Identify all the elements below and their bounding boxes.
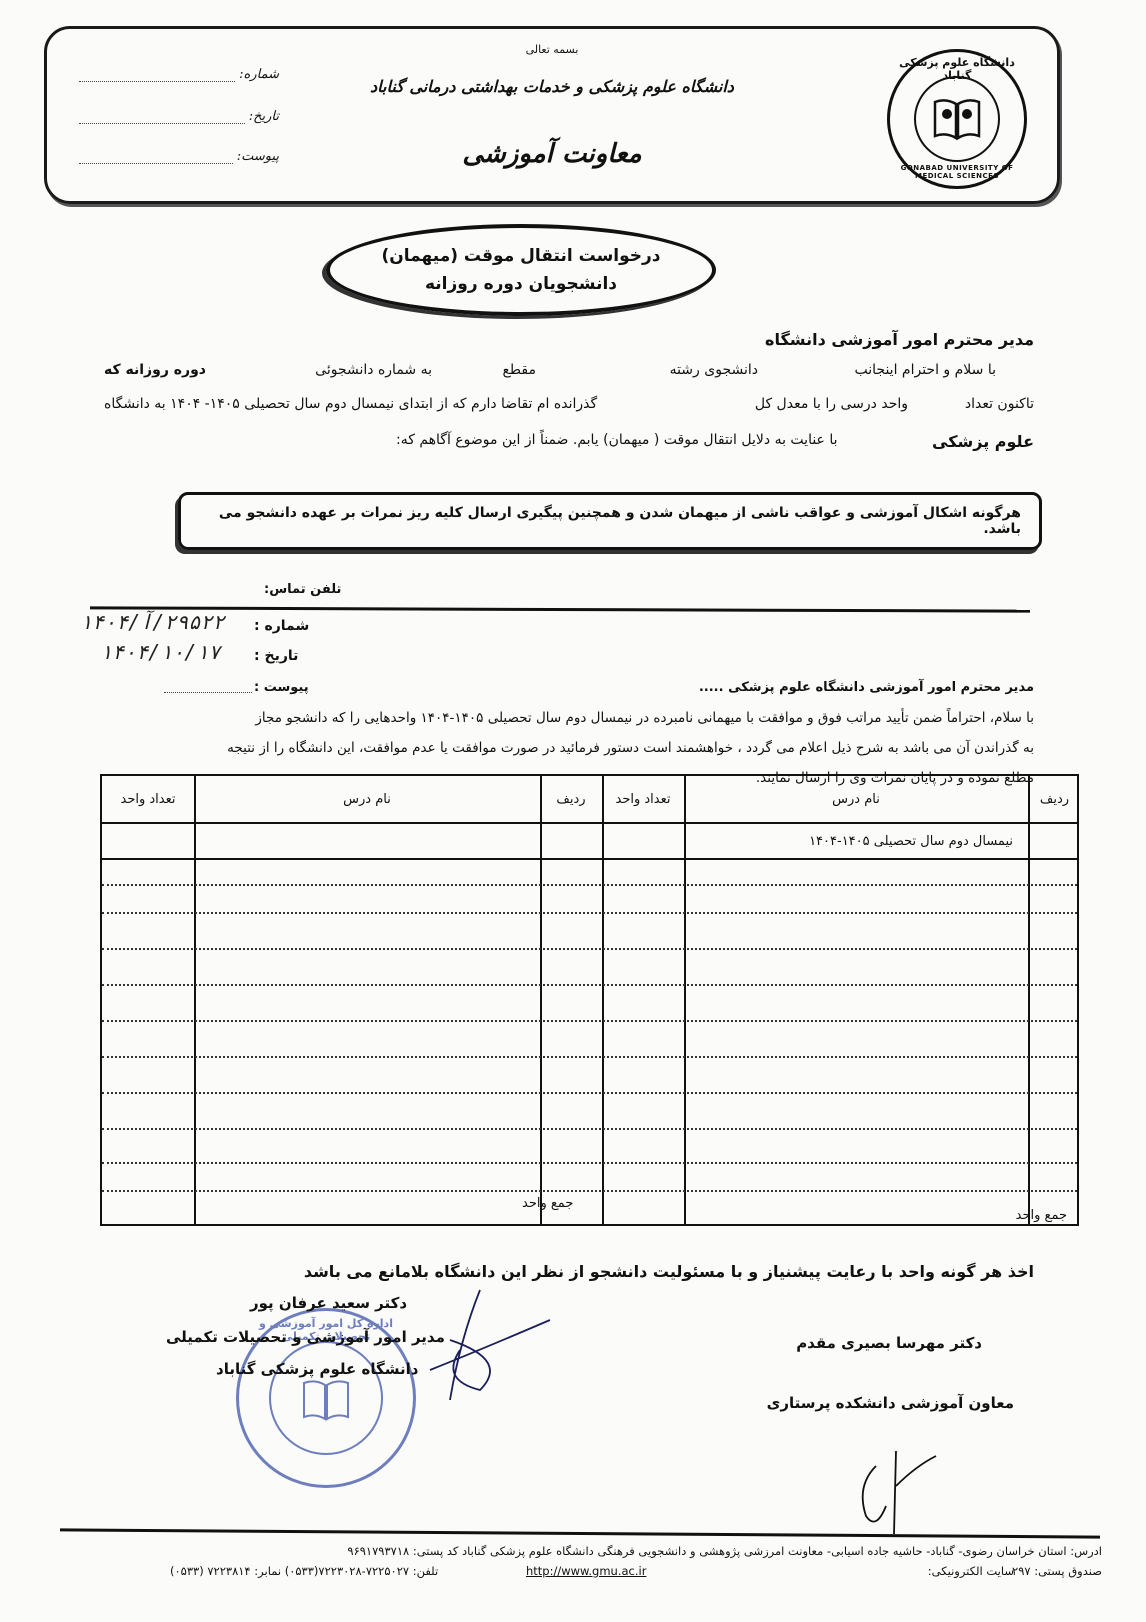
header-attachment-label: پیوست: bbox=[237, 149, 279, 164]
header-number-field: شماره: bbox=[79, 67, 279, 82]
header-date-label: تاریخ: bbox=[249, 109, 279, 124]
th-right-course: نام درس bbox=[684, 776, 1028, 822]
left-signer-name: دکتر سعید عرفان پور bbox=[250, 1294, 407, 1312]
footer-website-link[interactable]: http://www.gmu.ac.ir bbox=[526, 1564, 646, 1578]
notice-text: هرگونه اشکال آموزشی و عواقب ناشی از میهم… bbox=[181, 505, 1021, 537]
bismillah: بسمه تعالی bbox=[47, 43, 1057, 56]
section-divider bbox=[90, 606, 1030, 612]
stamp-book-icon bbox=[301, 1377, 351, 1423]
letter-line2: به گذراندن آن می باشد به شرح ذیل اعلام م… bbox=[227, 740, 1034, 756]
ref-number-label: شماره : bbox=[254, 618, 309, 634]
request-line2-b: واحد درسی را با معدل کل bbox=[755, 396, 908, 412]
request-salutation: مدیر محترم امور آموزشی دانشگاه bbox=[765, 330, 1034, 349]
letter-line1: با سلام، احتراماً ضمن تأیید مراتب فوق و … bbox=[255, 710, 1034, 726]
ref-attachment-label: پیوست : bbox=[254, 680, 309, 695]
right-signer-name: دکتر مهرسا بصیری مقدم bbox=[796, 1334, 982, 1352]
footer-address: ادرس: استان خراسان رضوی- گناباد- حاشیه ج… bbox=[347, 1544, 1102, 1558]
course-table: تعداد واحد نام درس ردیف تعداد واحد نام د… bbox=[100, 774, 1079, 1226]
request-line3-b: با عنایت به دلایل انتقال موقت ( میهمان) … bbox=[396, 432, 838, 448]
request-line2-c: گذرانده ام تقاضا دارم که از ابتدای نیمسا… bbox=[104, 396, 597, 412]
ref-date-label: تاریخ : bbox=[254, 648, 298, 664]
th-left-units: تعداد واحد bbox=[102, 776, 194, 822]
ref-attachment-dots bbox=[164, 692, 252, 693]
letterhead: دانشگاه علوم پزشکی گناباد GONABAD UNIVER… bbox=[44, 26, 1060, 204]
header-attachment-dots bbox=[79, 163, 233, 164]
footer-po-box: صندوق پستی: ۲۹۷ bbox=[1012, 1564, 1102, 1578]
request-line1-d: به شماره دانشجوئی bbox=[315, 362, 432, 378]
header-date-dots bbox=[79, 123, 245, 124]
form-title-line2: دانشجویان دوره روزانه bbox=[425, 274, 617, 294]
responsibility-notice: هرگونه اشکال آموزشی و عواقب ناشی از میهم… bbox=[178, 492, 1042, 550]
contact-phone-label: تلفن تماس: bbox=[264, 582, 341, 597]
form-title: درخواست انتقال موقت (میهمان) دانشجویان د… bbox=[326, 224, 716, 316]
request-line3-a: علوم پزشکی bbox=[932, 432, 1034, 451]
left-signer-title1: مدیر امور آموزشی و تحصیلات تکمیلی bbox=[166, 1328, 445, 1346]
right-signature bbox=[856, 1446, 946, 1536]
letter-salutation: مدیر محترم امور آموزشی دانشگاه علوم پزشک… bbox=[699, 680, 1034, 695]
total-units-right-label: جمع واحد bbox=[1016, 1208, 1067, 1223]
header-number-label: شماره: bbox=[239, 67, 279, 82]
semester-row-label: نیمسال دوم سال تحصیلی ۱۴۰۵-۱۴۰۴ bbox=[809, 834, 1013, 849]
header-attachment-field: پیوست: bbox=[79, 149, 279, 164]
right-signer-title: معاون آموزشی دانشکده پرستاری bbox=[767, 1394, 1014, 1412]
form-title-line1: درخواست انتقال موقت (میهمان) bbox=[381, 246, 660, 266]
total-units-left-label: جمع واحد bbox=[522, 1196, 573, 1211]
request-line1-c: مقطع bbox=[502, 362, 536, 378]
footer-phone: تلفن: ۷۲۲۵۰۲۷-۷۲۲۳۰۲۸(۰۵۳۳) نمابر: ۷۲۲۳۸… bbox=[170, 1564, 438, 1578]
open-book-icon bbox=[932, 96, 982, 142]
ref-number-value: ۲۹۵۲۲/آ/۱۴۰۴ bbox=[80, 610, 225, 634]
request-line2-a: تاکنون تعداد bbox=[965, 396, 1034, 412]
header-date-field: تاریخ: bbox=[79, 109, 279, 124]
header-number-dots bbox=[79, 81, 235, 82]
th-right-units: تعداد واحد bbox=[602, 776, 684, 822]
left-signer-title2: دانشگاه علوم پزشکی گناباد bbox=[216, 1360, 418, 1378]
th-left-course: نام درس bbox=[194, 776, 540, 822]
request-line1-b: دانشجوی رشته bbox=[670, 362, 758, 378]
th-left-row: ردیف bbox=[540, 776, 602, 822]
footer-website-label: سایت الکترونیکی: bbox=[928, 1564, 1014, 1578]
approval-note: اخذ هر گونه واحد با رعایت پیشنیاز و با م… bbox=[304, 1262, 1034, 1281]
left-signature bbox=[420, 1280, 560, 1410]
request-line1-a: با سلام و احترام اینجانب bbox=[855, 362, 996, 378]
ref-date-value: ۱۴۰۴/۱۰/۱۷ bbox=[100, 640, 220, 664]
th-right-row: ردیف bbox=[1028, 776, 1081, 822]
request-line1-e: دوره روزانه که bbox=[104, 362, 206, 378]
